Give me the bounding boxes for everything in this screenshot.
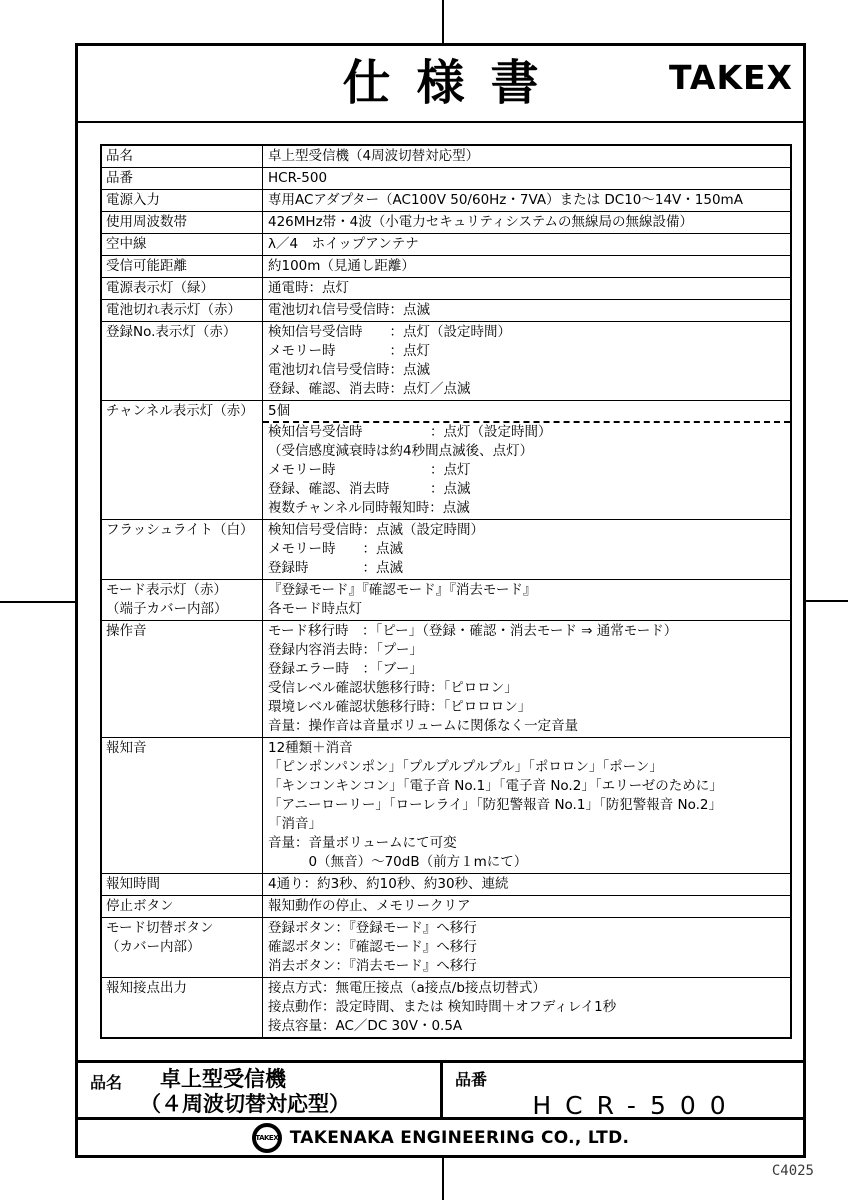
spec-value-line: 0（無音）～70dB（前方１mにて） xyxy=(268,853,788,872)
spec-row-label: 使用周波数帯 xyxy=(102,212,263,233)
spec-row: 報知接点出力接点方式：無電圧接点（a接点/b接点切替式）接点動作：設定時間、また… xyxy=(102,977,790,1037)
spec-value-line: 登録、確認、消去時 ：点滅 xyxy=(268,480,788,499)
spec-value-line: 約100m（見通し距離） xyxy=(268,257,788,276)
spec-row-label: 電源入力 xyxy=(102,190,263,211)
spec-row-value: 12種類＋消音「ピンポンパンポン」「プルプルプルプル」「ポロロン」「ポーン」「キ… xyxy=(263,738,790,873)
footer-company-row: TAKEX TAKENAKA ENGINEERING CO., LTD. xyxy=(78,1120,803,1155)
spec-label-line: 報知音 xyxy=(106,739,260,758)
spec-value-line: 音量：操作音は音量ボリュームに関係なく一定音量 xyxy=(268,717,788,736)
product-name-line1: 卓上型受信機 xyxy=(140,1067,350,1092)
crop-mark-right xyxy=(806,600,848,602)
spec-row-value: 5個検知信号受信時 ：点灯（設定時間）（受信感度減衰時は約4秒間点滅後、点灯）メ… xyxy=(263,401,790,519)
spec-value-line: 12種類＋消音 xyxy=(268,739,788,758)
spec-row-label: 受信可能距離 xyxy=(102,256,263,277)
spec-row-label: 報知時間 xyxy=(102,874,263,895)
spec-label-line: チャンネル表示灯（赤） xyxy=(106,402,260,421)
spec-row-label: 空中線 xyxy=(102,234,263,255)
spec-label-line: モード切替ボタン xyxy=(106,919,260,938)
product-name-value: 卓上型受信機 （４周波切替対応型） xyxy=(140,1067,350,1117)
spec-label-line: 操作音 xyxy=(106,622,260,641)
spec-row-value: 426MHz帯・4波（小電力セキュリティシステムの無線局の無線設備） xyxy=(263,212,790,233)
spec-value-line: 「ピンポンパンポン」「プルプルプルプル」「ポロロン」「ポーン」 xyxy=(268,758,788,777)
spec-row-label: フラッシュライト（白） xyxy=(102,520,263,579)
spec-value-line: 消去ボタン：『消去モード』へ移行 xyxy=(268,957,788,976)
spec-label-line: （カバー内部） xyxy=(106,938,260,957)
spec-value-line: 検知信号受信時 ：点灯（設定時間） xyxy=(268,323,788,342)
spec-value-line: 環境レベル確認状態移行時：「ピロロロン」 xyxy=(268,698,788,717)
spec-row-value: 検知信号受信時：点滅（設定時間）メモリー時 ：点滅登録時 ：点滅 xyxy=(263,520,790,579)
spec-row: 報知音12種類＋消音「ピンポンパンポン」「プルプルプルプル」「ポロロン」「ポーン… xyxy=(102,737,790,873)
spec-row-value: 電池切れ信号受信時：点滅 xyxy=(263,300,790,321)
spec-label-line: 登録No.表示灯（赤） xyxy=(106,323,260,342)
spec-value-line: 接点動作：設定時間、または 検知時間＋オフディレイ1秒 xyxy=(268,998,788,1017)
spec-row: 操作音モード移行時 ：「ピー」（登録・確認・消去モード ⇒ 通常モード）登録内容… xyxy=(102,620,790,737)
product-number-label: 品番 xyxy=(455,1067,487,1089)
product-name-label: 品名 xyxy=(90,1067,122,1117)
spec-sheet-page: 仕様書 TAKEX 品名卓上型受信機（4周波切替対応型）品番HCR-500電源入… xyxy=(0,0,848,1200)
takex-circle-logo-icon: TAKEX xyxy=(252,1123,282,1153)
spec-row: 品番HCR-500 xyxy=(102,167,790,189)
spec-value-line: 受信レベル確認状態移行時：「ピロロン」 xyxy=(268,679,788,698)
document-frame: 仕様書 TAKEX 品名卓上型受信機（4周波切替対応型）品番HCR-500電源入… xyxy=(75,43,806,1158)
spec-row-label: 品番 xyxy=(102,168,263,189)
spec-value-line: 卓上型受信機（4周波切替対応型） xyxy=(268,147,788,166)
spec-row-label: モード切替ボタン（カバー内部） xyxy=(102,918,263,977)
spec-row-value: 接点方式：無電圧接点（a接点/b接点切替式）接点動作：設定時間、または 検知時間… xyxy=(263,978,790,1037)
spec-value-line: 登録エラー時 ：「ブー」 xyxy=(268,660,788,679)
spec-row-label: 報知音 xyxy=(102,738,263,873)
spec-value-line: 「アニーローリー」「ローレライ」「防犯警報音 No.1」「防犯警報音 No.2」 xyxy=(268,796,788,815)
spec-label-line: モード表示灯（赤） xyxy=(106,581,260,600)
spec-label-line: 空中線 xyxy=(106,235,260,254)
spec-row-value: 通電時：点灯 xyxy=(263,278,790,299)
spec-label-line: 受信可能距離 xyxy=(106,257,260,276)
spec-value-line: 426MHz帯・4波（小電力セキュリティシステムの無線局の無線設備） xyxy=(268,213,788,232)
spec-value-line: 接点方式：無電圧接点（a接点/b接点切替式） xyxy=(268,979,788,998)
spec-row-value: λ／4 ホイップアンテナ xyxy=(263,234,790,255)
spec-value-line: HCR-500 xyxy=(268,169,788,188)
crop-mark-bottom xyxy=(442,1158,444,1200)
spec-value-line: 通電時：点灯 xyxy=(268,279,788,298)
spec-row-value: 『登録モード』『確認モード』『消去モード』各モード時点灯 xyxy=(263,580,790,620)
spec-row: フラッシュライト（白）検知信号受信時：点滅（設定時間）メモリー時 ：点滅登録時 … xyxy=(102,519,790,579)
spec-row-value: 報知動作の停止、メモリークリア xyxy=(263,896,790,917)
spec-value-line: 4通り：約3秒、約10秒、約30秒、連続 xyxy=(268,875,788,894)
product-number-value: HCR-500 xyxy=(455,1091,803,1120)
spec-row-label: 報知接点出力 xyxy=(102,978,263,1037)
spec-row-label: 停止ボタン xyxy=(102,896,263,917)
spec-row: 報知時間4通り：約3秒、約10秒、約30秒、連続 xyxy=(102,873,790,895)
spec-row: 登録No.表示灯（赤）検知信号受信時 ：点灯（設定時間）メモリー時 ：点灯電池切… xyxy=(102,321,790,400)
spec-label-line: 報知接点出力 xyxy=(106,979,260,998)
spec-table: 品名卓上型受信機（4周波切替対応型）品番HCR-500電源入力専用ACアダプター… xyxy=(100,144,792,1039)
spec-row: 電池切れ表示灯（赤）電池切れ信号受信時：点滅 xyxy=(102,299,790,321)
spec-label-line: 使用周波数帯 xyxy=(106,213,260,232)
spec-label-line: 品名 xyxy=(106,147,260,166)
spec-row-label: 電源表示灯（緑） xyxy=(102,278,263,299)
spec-value-line: 専用ACアダプター（AC100V 50/60Hz・7VA）または DC10～14… xyxy=(268,191,788,210)
spec-label-line: 電源表示灯（緑） xyxy=(106,279,260,298)
spec-label-line: 電源入力 xyxy=(106,191,260,210)
spec-row: モード切替ボタン（カバー内部）登録ボタン：『登録モード』へ移行確認ボタン：『確認… xyxy=(102,917,790,977)
spec-row-value: 約100m（見通し距離） xyxy=(263,256,790,277)
spec-value-line: 登録、確認、消去時：点灯／点滅 xyxy=(268,380,788,399)
spec-value-line: 報知動作の停止、メモリークリア xyxy=(268,897,788,916)
title-bar: 仕様書 TAKEX xyxy=(78,46,803,123)
spec-label-line: 品番 xyxy=(106,169,260,188)
crop-mark-top xyxy=(442,0,444,43)
spec-value-line: 音量：音量ボリュームにて可変 xyxy=(268,834,788,853)
spec-row-value: 登録ボタン：『登録モード』へ移行確認ボタン：『確認モード』へ移行消去ボタン：『消… xyxy=(263,918,790,977)
spec-row: 停止ボタン報知動作の停止、メモリークリア xyxy=(102,895,790,917)
spec-row: 空中線λ／4 ホイップアンテナ xyxy=(102,233,790,255)
spec-label-line: フラッシュライト（白） xyxy=(106,521,260,540)
spec-value-line: 登録内容消去時：「プー」 xyxy=(268,641,788,660)
spec-row-label: 品名 xyxy=(102,146,263,167)
spec-row-label: 電池切れ表示灯（赤） xyxy=(102,300,263,321)
spec-value-line: 電池切れ信号受信時：点滅 xyxy=(268,301,788,320)
spec-value-line: モード移行時 ：「ピー」（登録・確認・消去モード ⇒ 通常モード） xyxy=(268,622,788,641)
spec-value-line: メモリー時 ：点灯 xyxy=(268,342,788,361)
spec-value-line: 「キンコンキンコン」「電子音 No.1」「電子音 No.2」「エリーゼのために」 xyxy=(268,777,788,796)
spec-row: モード表示灯（赤）（端子カバー内部）『登録モード』『確認モード』『消去モード』各… xyxy=(102,579,790,620)
spec-value-line: メモリー時 ：点灯 xyxy=(268,461,788,480)
footer-product-number-box: 品番 HCR-500 xyxy=(443,1063,803,1117)
spec-label-line: （端子カバー内部） xyxy=(106,600,260,619)
spec-value-line: 検知信号受信時 ：点灯（設定時間） xyxy=(268,423,788,442)
spec-row-value: 卓上型受信機（4周波切替対応型） xyxy=(263,146,790,167)
crop-mark-left xyxy=(0,601,75,603)
spec-value-line: 『登録モード』『確認モード』『消去モード』 xyxy=(268,581,788,600)
spec-row-value: モード移行時 ：「ピー」（登録・確認・消去モード ⇒ 通常モード）登録内容消去時… xyxy=(263,621,790,737)
spec-value-line: 「消音」 xyxy=(268,815,788,834)
spec-value-line: 登録ボタン：『登録モード』へ移行 xyxy=(268,919,788,938)
spec-row: 使用周波数帯426MHz帯・4波（小電力セキュリティシステムの無線局の無線設備） xyxy=(102,211,790,233)
spec-row-value: 4通り：約3秒、約10秒、約30秒、連続 xyxy=(263,874,790,895)
takex-brand-logo: TAKEX xyxy=(669,58,793,97)
spec-value-line: 各モード時点灯 xyxy=(268,600,788,619)
spec-value-line: 5個 xyxy=(268,402,788,421)
spec-value-line: 検知信号受信時：点滅（設定時間） xyxy=(268,521,788,540)
spec-row-value: 専用ACアダプター（AC100V 50/60Hz・7VA）または DC10～14… xyxy=(263,190,790,211)
spec-row: 品名卓上型受信機（4周波切替対応型） xyxy=(102,146,790,167)
spec-row-label: チャンネル表示灯（赤） xyxy=(102,401,263,519)
document-code: C4025 xyxy=(772,1163,814,1179)
product-name-line2: （４周波切替対応型） xyxy=(140,1092,350,1117)
spec-row-label: 登録No.表示灯（赤） xyxy=(102,322,263,400)
footer-product-name-box: 品名 卓上型受信機 （４周波切替対応型） xyxy=(78,1063,443,1117)
spec-value-line: 確認ボタン：『確認モード』へ移行 xyxy=(268,938,788,957)
spec-value-line: （受信感度減衰時は約4秒間点滅後、点灯） xyxy=(268,442,788,461)
spec-row-value: 検知信号受信時 ：点灯（設定時間）メモリー時 ：点灯電池切れ信号受信時：点滅登録… xyxy=(263,322,790,400)
spec-row: 受信可能距離約100m（見通し距離） xyxy=(102,255,790,277)
spec-row-value: HCR-500 xyxy=(263,168,790,189)
spec-row-label: モード表示灯（赤）（端子カバー内部） xyxy=(102,580,263,620)
spec-value-line: 登録時 ：点滅 xyxy=(268,559,788,578)
spec-label-line: 停止ボタン xyxy=(106,897,260,916)
spec-row-label: 操作音 xyxy=(102,621,263,737)
footer-product-row: 品名 卓上型受信機 （４周波切替対応型） 品番 HCR-500 xyxy=(78,1060,803,1120)
spec-label-line: 報知時間 xyxy=(106,875,260,894)
spec-value-line: λ／4 ホイップアンテナ xyxy=(268,235,788,254)
company-name: TAKENAKA ENGINEERING CO., LTD. xyxy=(290,1128,630,1148)
spec-value-line: 接点容量：AC／DC 30V・0.5A xyxy=(268,1017,788,1036)
spec-value-line: 電池切れ信号受信時：点滅 xyxy=(268,361,788,380)
spec-label-line: 電池切れ表示灯（赤） xyxy=(106,301,260,320)
spec-row: チャンネル表示灯（赤）5個検知信号受信時 ：点灯（設定時間）（受信感度減衰時は約… xyxy=(102,400,790,519)
spec-value-line: メモリー時 ：点滅 xyxy=(268,540,788,559)
spec-row: 電源表示灯（緑）通電時：点灯 xyxy=(102,277,790,299)
spec-row: 電源入力専用ACアダプター（AC100V 50/60Hz・7VA）または DC1… xyxy=(102,189,790,211)
spec-value-line: 複数チャンネル同時報知時：点滅 xyxy=(268,499,788,518)
